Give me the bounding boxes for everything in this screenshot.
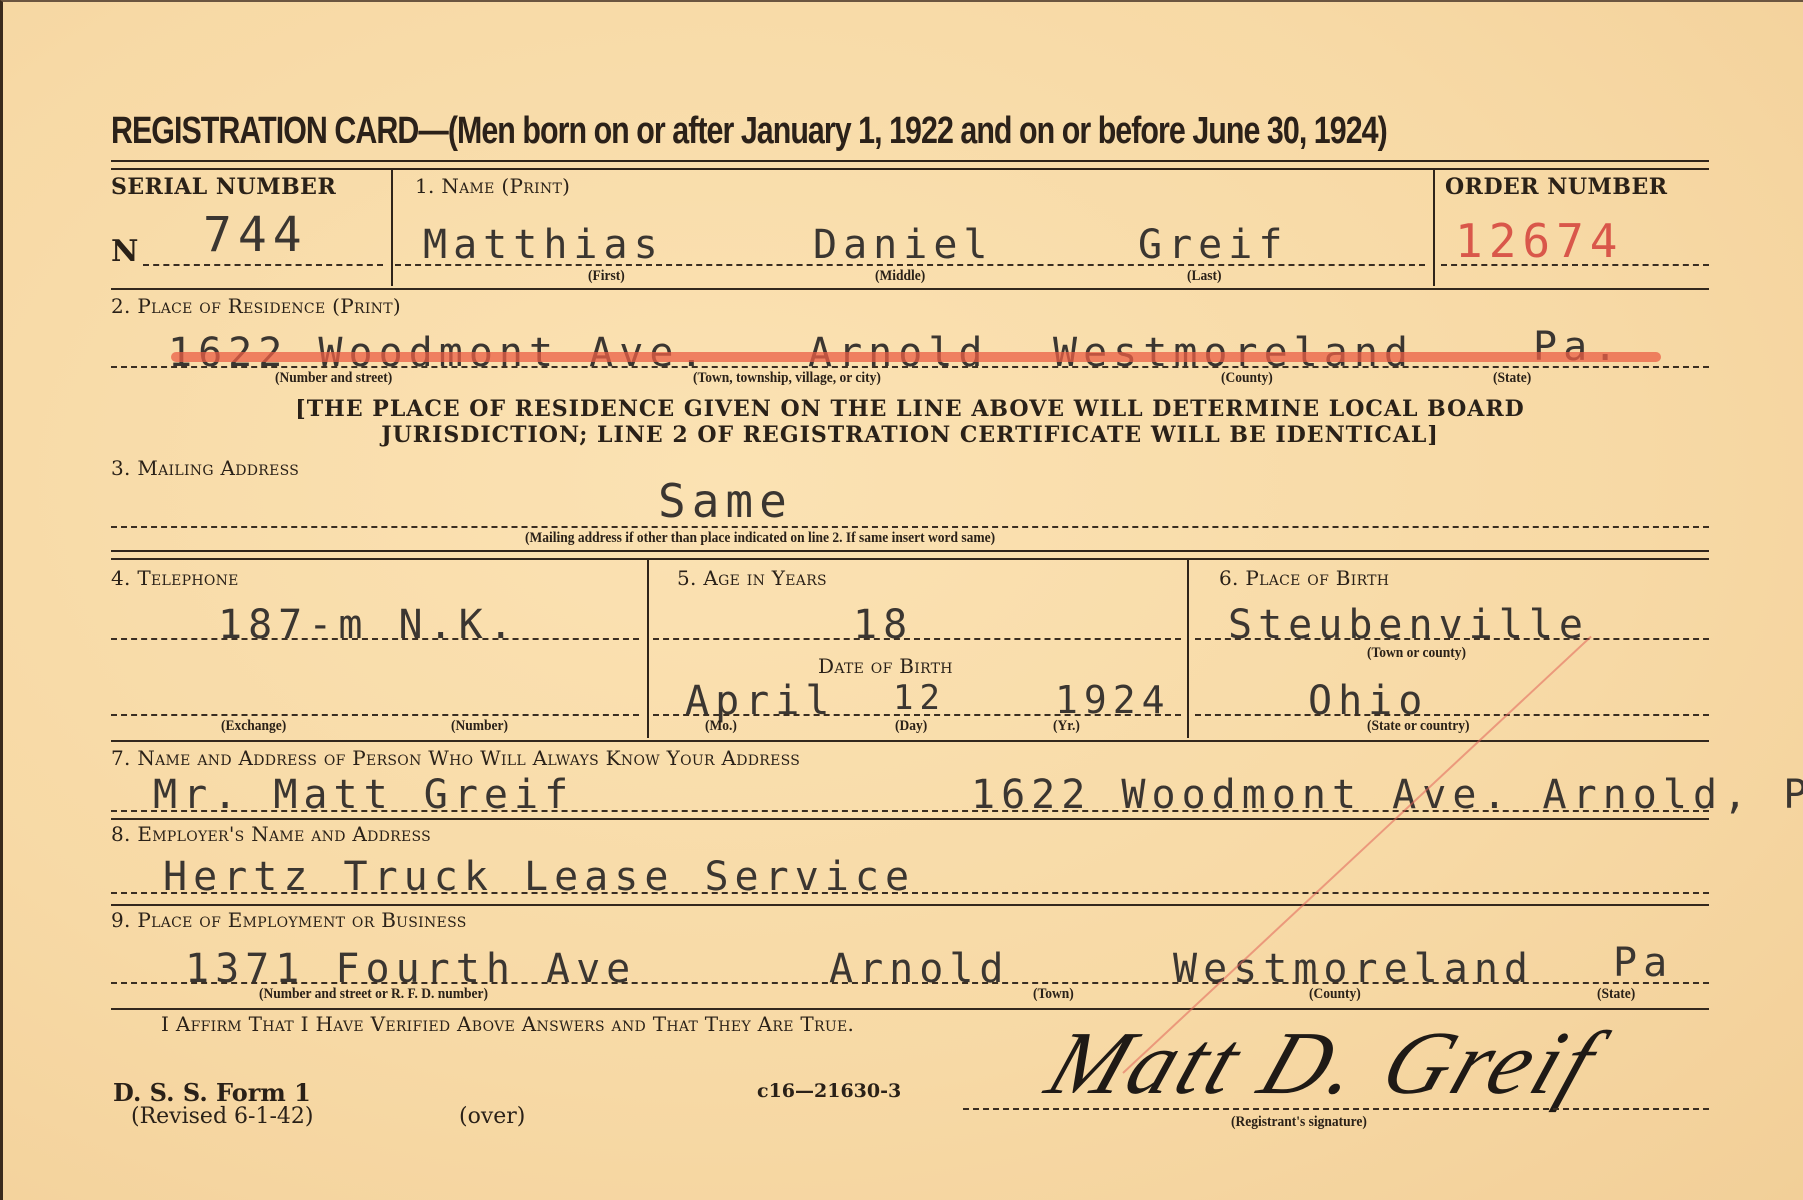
order-number-value: 12674 [1455,214,1623,268]
residence-state: Pa. [1533,324,1623,370]
mailing-address-label: 3. Mailing Address [111,456,299,480]
employment-state: Pa [1613,940,1673,986]
divider [391,170,393,286]
name-first: Matthias [423,222,664,268]
print-code: c16—21630-3 [757,1080,901,1102]
serial-line [143,264,383,266]
form-number: D. S. S. Form 1 [113,1078,311,1107]
street-caption: (Number and street) [275,370,392,387]
dob-label: Date of Birth [818,654,953,678]
row-rule [111,550,1709,552]
dob-line [653,714,1181,716]
mailing-caption: (Mailing address if other than place ind… [525,530,995,547]
jurisdiction-notice-line2: JURISDICTION; LINE 2 OF REGISTRATION CER… [111,422,1709,448]
employment-state-caption: (State) [1597,986,1635,1003]
order-line [1441,264,1709,266]
over-note: (over) [459,1104,525,1129]
number-caption: (Number) [451,718,508,735]
row-rule [111,558,1709,560]
divider [647,560,649,738]
jurisdiction-notice-line1: [THE PLACE OF RESIDENCE GIVEN ON THE LIN… [111,396,1709,422]
employer-label: 8. Employer's Name and Address [111,822,431,846]
affirmation-text: I Affirm That I Have Verified Above Answ… [161,1012,854,1036]
employment-street-caption: (Number and street or R. F. D. number) [259,986,488,1003]
name-label: 1. Name (Print) [415,174,570,198]
row-rule [111,904,1709,906]
divider [1187,560,1189,738]
signature-caption: (Registrant's signature) [1231,1114,1367,1131]
employment-line [111,982,1709,984]
card-title: REGISTRATION CARD—(Men born on or after … [111,110,1387,153]
first-caption: (First) [588,268,625,285]
birthplace-state-caption: (State or country) [1367,718,1469,735]
row-rule [111,818,1709,820]
age-label: 5. Age in Years [677,566,827,590]
employer-line [111,892,1709,894]
county-caption: (County) [1221,370,1273,387]
birthplace-state-line [1195,714,1709,716]
serial-number-label: SERIAL NUMBER [111,174,336,200]
title-rule-bottom [111,168,1709,170]
registration-card: REGISTRATION CARD—(Men born on or after … [0,0,1803,1200]
red-strikethrough [171,352,1661,362]
signature-line [963,1108,1709,1110]
employment-place-label: 9. Place of Employment or Business [111,908,467,932]
state-caption: (State) [1493,370,1531,387]
row-rule [111,288,1709,290]
year-caption: (Yr.) [1053,718,1080,735]
town-caption: (Town, township, village, or city) [693,370,881,387]
month-caption: (Mo.) [705,718,737,735]
telephone-line [111,638,639,640]
telephone-line-2 [111,714,639,716]
residence-line [111,366,1709,368]
title-rule-top [111,160,1709,162]
serial-number-value: 744 [203,207,308,263]
name-last: Greif [1138,222,1288,268]
employment-county-caption: (County) [1309,986,1361,1003]
employment-town-caption: (Town) [1033,986,1074,1003]
age-line [653,638,1181,640]
row-rule [111,1008,1709,1010]
birthplace-town-caption: (Town or county) [1367,645,1466,662]
dob-day: 12 [893,678,946,718]
last-caption: (Last) [1187,268,1221,285]
residence-label: 2. Place of Residence (Print) [111,294,401,318]
telephone-label: 4. Telephone [111,566,239,590]
divider [1433,170,1435,286]
serial-prefix: N [111,234,138,269]
name-line [395,264,1425,266]
order-number-label: ORDER NUMBER [1445,174,1668,200]
birthplace-label: 6. Place of Birth [1219,566,1389,590]
middle-caption: (Middle) [875,268,925,285]
form-revised: (Revised 6-1-42) [131,1104,313,1129]
name-middle: Daniel [813,222,994,268]
mailing-address-value: Same [658,474,793,528]
age-value: 18 [853,602,913,648]
exchange-caption: (Exchange) [221,718,286,735]
day-caption: (Day) [895,718,927,735]
row-rule [111,740,1709,742]
contact-label: 7. Name and Address of Person Who Will A… [111,746,800,770]
telephone-value: 187-m N.K. [218,602,519,648]
contact-line [111,810,1709,812]
registrant-signature: Matt D. Greif [1034,1012,1613,1115]
birthplace-town-line [1195,638,1709,640]
mailing-line [111,526,1709,528]
birthplace-town: Steubenville [1228,602,1589,648]
employment-town: Arnold [829,946,1010,992]
